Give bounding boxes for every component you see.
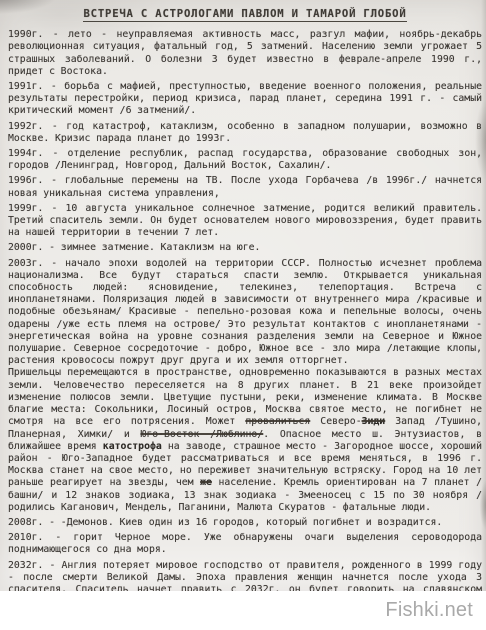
entry-separator: -	[43, 81, 64, 92]
entry-text-segment: отделение республик, распад государства,…	[8, 148, 482, 171]
entry-year: 1990г.	[8, 29, 43, 40]
entry-text-segment: год катастроф, катаклизм, особенно в зап…	[8, 121, 482, 144]
entry-text-segment: горит Черное море. Уже обнаружены очаги …	[8, 532, 482, 555]
entry-year: 2032г.	[8, 560, 43, 571]
entry-year: 2003г.	[8, 258, 43, 269]
watermark: Fishki.net	[385, 599, 473, 622]
entry-text-segment: зимнее затмение. Катаклизм на юге.	[61, 242, 261, 253]
entry-text-segment: лето - неуправляемая активность масс, ра…	[8, 29, 482, 77]
entry-paragraph: 1991г. - борьба с мафией, преступностью,…	[8, 81, 482, 118]
entry-year: 1999г.	[8, 203, 43, 214]
entry-separator: -	[43, 517, 60, 528]
entry-paragraph: 1990г. - лето - неуправляемая активность…	[8, 29, 482, 78]
entry-separator: -	[43, 121, 66, 132]
prediction-entry: 1994г. - отделение республик, распад гос…	[8, 148, 482, 172]
entry-separator: -	[43, 29, 68, 40]
entry-paragraph: 2032г. - Англия потеряет мировое господс…	[8, 560, 482, 591]
entry-text-segment: начало эпохи водолей на территории СССР.…	[8, 258, 482, 367]
scanned-document-page: ВСТРЕЧА С АСТРОЛОГАМИ ПАВЛОМ И ТАМАРОЙ Г…	[0, 0, 486, 591]
entry-paragraph: 2003г. - начало эпохи водолей на террито…	[8, 258, 482, 368]
prediction-entry: 1999г. - 10 августа уникальное солнечное…	[8, 203, 482, 240]
entry-text-segment: же	[200, 477, 212, 488]
prediction-entry: 2008г. - -Демонов. Киев один из 16 город…	[8, 517, 482, 529]
prediction-entry: 2000г. - зимнее затмение. Катаклизм на ю…	[8, 242, 482, 254]
title-row: ВСТРЕЧА С АСТРОЛОГАМИ ПАВЛОМ И ТАМАРОЙ Г…	[8, 8, 482, 22]
document-entries: 1990г. - лето - неуправляемая активность…	[8, 29, 482, 591]
entry-text-segment: Англия потеряет мировое господство от пр…	[8, 560, 482, 591]
entry-paragraph: 2000г. - зимнее затмение. Катаклизм на ю…	[8, 242, 482, 254]
prediction-entry: 2010г. - горит Черное море. Уже обнаруже…	[8, 532, 482, 556]
entry-text-segment: глобальные перемены на ТВ. После ухода Г…	[8, 175, 482, 198]
prediction-entry: 1996г. - глобальные перемены на ТВ. Посл…	[8, 175, 482, 199]
entry-text-segment: борьба с мафией, преступностью, введение…	[8, 81, 482, 116]
entry-separator: -	[43, 203, 65, 214]
entry-year: 1991г.	[8, 81, 43, 92]
entry-paragraph: 1994г. - отделение республик, распад гос…	[8, 148, 482, 172]
entry-text-segment: катострофа	[103, 441, 162, 452]
entry-year: 2008г.	[8, 517, 43, 528]
entry-text-segment: провалиться	[245, 416, 310, 427]
prediction-entry: 2003г. - начало эпохи водолей на террито…	[8, 258, 482, 514]
entry-year: 2000г.	[8, 242, 43, 253]
entry-year: 2010г.	[8, 532, 43, 543]
entry-text-segment: Юго-Восток /Люблино/	[140, 429, 263, 440]
prediction-entry: 2032г. - Англия потеряет мировое господс…	[8, 560, 482, 591]
entry-text-segment: -Демонов. Киев один из 16 городов, котор…	[61, 517, 443, 528]
entry-year: 1994г.	[8, 148, 43, 159]
prediction-entry: 1990г. - лето - неуправляемая активность…	[8, 29, 482, 78]
entry-paragraph: 2010г. - горит Черное море. Уже обнаруже…	[8, 532, 482, 556]
entry-separator: -	[43, 175, 64, 186]
document-title: ВСТРЕЧА С АСТРОЛОГАМИ ПАВЛОМ И ТАМАРОЙ Г…	[83, 8, 406, 22]
entry-paragraph: Пришельцы перемещаются в пространстве, о…	[8, 367, 482, 513]
prediction-entry: 1992г. - год катастроф, катаклизм, особе…	[8, 121, 482, 145]
entry-year: 1996г.	[8, 175, 43, 186]
entry-separator: -	[43, 148, 67, 159]
entry-separator: -	[43, 532, 73, 543]
entry-paragraph: 2008г. - -Демонов. Киев один из 16 город…	[8, 517, 482, 529]
entry-separator: -	[43, 242, 60, 253]
entry-year: 1992г.	[8, 121, 43, 132]
entry-text-segment: Северо-	[310, 416, 361, 427]
entry-paragraph: 1992г. - год катастроф, катаклизм, особе…	[8, 121, 482, 145]
entry-separator: -	[43, 560, 61, 571]
entry-text-segment: 10 августа уникальное солнечное затмение…	[8, 203, 482, 238]
entry-text-segment: Зиди	[362, 416, 386, 427]
prediction-entry: 1991г. - борьба с мафией, преступностью,…	[8, 81, 482, 118]
entry-paragraph: 1999г. - 10 августа уникальное солнечное…	[8, 203, 482, 240]
entry-paragraph: 1996г. - глобальные перемены на ТВ. Посл…	[8, 175, 482, 199]
entry-separator: -	[43, 258, 65, 269]
